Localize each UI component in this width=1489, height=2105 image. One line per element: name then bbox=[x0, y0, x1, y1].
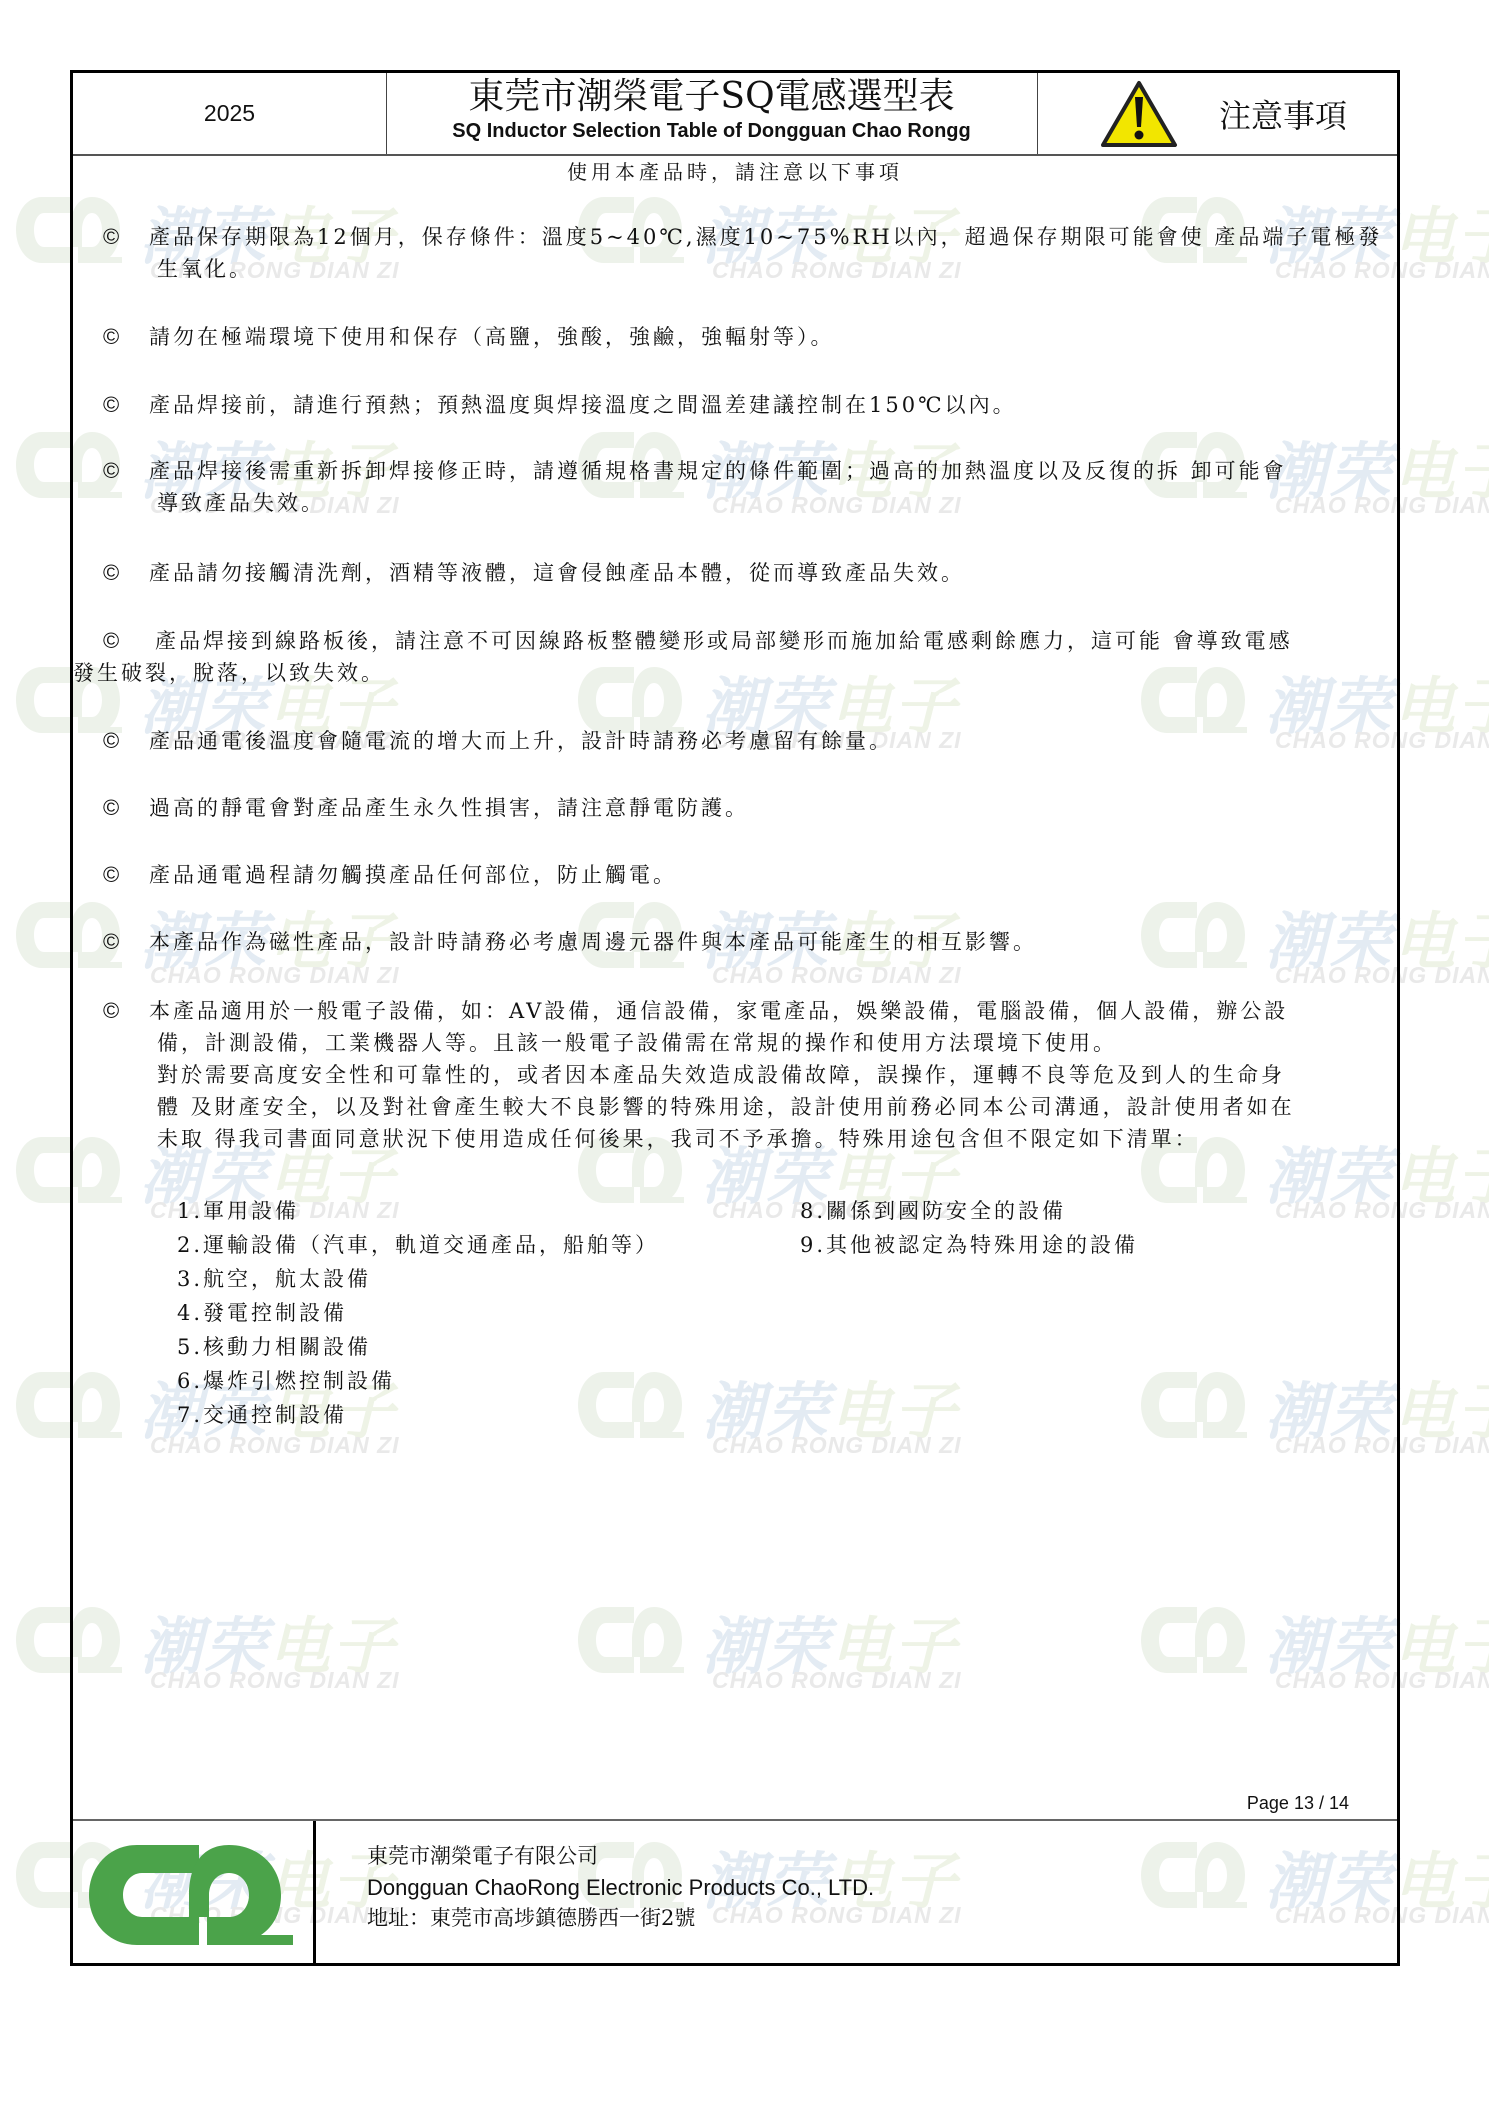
copyright-bullet-icon: © bbox=[103, 557, 119, 589]
list-item: 3.航空，航太設備 bbox=[177, 1262, 659, 1296]
document-footer: 東莞市潮榮電子有限公司 Dongguan ChaoRong Electronic… bbox=[73, 1819, 1397, 1965]
copyright-bullet-icon: © bbox=[103, 725, 119, 757]
subheading: 使用本產品時，請注意以下事項 bbox=[73, 156, 1397, 185]
header-year: 2025 bbox=[73, 73, 387, 154]
list-item: 5.核動力相關設備 bbox=[177, 1330, 659, 1364]
note-text: 導致產品失效。 bbox=[149, 487, 1393, 519]
section-label: 注意事項 bbox=[1219, 91, 1347, 137]
copyright-bullet-icon: © bbox=[103, 321, 119, 353]
note-text: 產品通電後溫度會隨電流的增大而上升，設計時請務必考慮留有餘量。 bbox=[149, 729, 893, 753]
note-text: 本產品適用於一般電子設備，如：AV設備，通信設備，家電產品，娛樂設備，電腦設備，… bbox=[149, 999, 1288, 1023]
copyright-bullet-icon: © bbox=[103, 455, 119, 487]
special-uses-column-1: 1.軍用設備 2.運輸設備（汽車，軌道交通產品，船舶等） 3.航空，航太設備 4… bbox=[177, 1194, 659, 1432]
company-name-chinese: 東莞市潮榮電子有限公司 bbox=[367, 1841, 874, 1872]
title-chinese: 東莞市潮榮電子SQ電感選型表 bbox=[386, 75, 1037, 119]
note-text: 產品通電過程請勿觸摸產品任何部位，防止觸電。 bbox=[149, 863, 677, 887]
list-item: 2.運輸設備（汽車，軌道交通產品，船舶等） bbox=[177, 1228, 659, 1262]
list-item: 1.軍用設備 bbox=[177, 1194, 659, 1228]
note-text: 生氧化。 bbox=[149, 253, 1393, 285]
note-text: 對於需要高度安全性和可靠性的，或者因本產品失效造成設備故障，誤操作，運轉不良等危… bbox=[149, 1059, 1393, 1091]
title-english: SQ Inductor Selection Table of Dongguan … bbox=[386, 119, 1037, 143]
note-text: 過高的靜電會對產品產生永久性損害，請注意靜電防護。 bbox=[149, 796, 749, 820]
copyright-bullet-icon: © bbox=[103, 389, 119, 421]
company-address: 地址：東莞市高埗鎮德勝西一街2號 bbox=[367, 1903, 874, 1934]
note-text: 產品焊接前，請進行預熱；預熱溫度與焊接溫度之間溫差建議控制在150℃以內。 bbox=[149, 393, 1017, 417]
company-logo-cell bbox=[73, 1821, 316, 1965]
note-text: 請勿在極端環境下使用和保存（高鹽，強酸，強鹼，強輻射等）。 bbox=[149, 325, 835, 349]
header-title: 東莞市潮榮電子SQ電感選型表 SQ Inductor Selection Tab… bbox=[386, 73, 1038, 154]
note-text: 產品焊接後需重新拆卸焊接修正時，請遵循規格書規定的條件範圍；過高的加熱溫度以及反… bbox=[149, 459, 1287, 483]
note-text: 產品請勿接觸清洗劑，酒精等液體，這會侵蝕產品本體，從而導致產品失效。 bbox=[149, 561, 965, 585]
copyright-bullet-icon: © bbox=[103, 221, 119, 253]
document-header: 2025 東莞市潮榮電子SQ電感選型表 SQ Inductor Selectio… bbox=[73, 73, 1397, 156]
page-number: Page 13 / 14 bbox=[1247, 1793, 1349, 1814]
cq-logo bbox=[87, 1843, 295, 1947]
copyright-bullet-icon: © bbox=[103, 859, 119, 891]
company-info: 東莞市潮榮電子有限公司 Dongguan ChaoRong Electronic… bbox=[367, 1841, 874, 1934]
note-text: 產品焊接到線路板後，請注意不可因線路板整體變形或局部變形而施加給電感剩餘應力，這… bbox=[155, 629, 1293, 653]
list-item: 6.爆炸引燃控制設備 bbox=[177, 1364, 659, 1398]
note-text: 備，計測設備，工業機器人等。且該一般電子設備需在常規的操作和使用方法環境下使用。 bbox=[149, 1027, 1393, 1059]
list-item: 7.交通控制設備 bbox=[177, 1398, 659, 1432]
warning-triangle-icon bbox=[1099, 79, 1179, 149]
note-text: 發生破裂，脫落，以致失效。 bbox=[73, 657, 1393, 689]
header-notice: 注意事項 bbox=[1037, 73, 1397, 154]
note-text: 產品保存期限為12個月，保存條件：溫度5~40℃,濕度10~75%RH以內，超過… bbox=[149, 225, 1382, 249]
note-text: 本產品作為磁性產品，設計時請務必考慮周邊元器件與本產品可能產生的相互影響。 bbox=[149, 930, 1037, 954]
copyright-bullet-icon: © bbox=[103, 995, 119, 1027]
note-text: 體 及財產安全，以及對社會產生較大不良影響的特殊用途，設計使用前務必同本公司溝通… bbox=[149, 1091, 1393, 1123]
company-name-english: Dongguan ChaoRong Electronic Products Co… bbox=[367, 1872, 874, 1903]
copyright-bullet-icon: © bbox=[103, 792, 119, 824]
special-uses-column-2: 8.關係到國防安全的設備 9.其他被認定為特殊用途的設備 bbox=[800, 1194, 1138, 1262]
copyright-bullet-icon: © bbox=[103, 926, 119, 958]
list-item: 9.其他被認定為特殊用途的設備 bbox=[800, 1228, 1138, 1262]
document-frame: 2025 東莞市潮榮電子SQ電感選型表 SQ Inductor Selectio… bbox=[70, 70, 1400, 1966]
note-text: 未取 得我司書面同意狀況下使用造成任何後果，我司不予承擔。特殊用途包含但不限定如… bbox=[149, 1123, 1393, 1155]
list-item: 8.關係到國防安全的設備 bbox=[800, 1194, 1138, 1228]
copyright-bullet-icon: © bbox=[103, 625, 119, 657]
list-item: 4.發電控制設備 bbox=[177, 1296, 659, 1330]
